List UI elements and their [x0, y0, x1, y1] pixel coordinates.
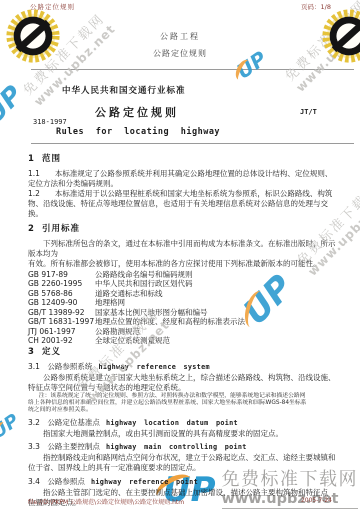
standard-name: 公路路线命名编号和编码规则 — [95, 270, 193, 279]
definition-term: 公路参照系统 — [47, 362, 92, 371]
standard-code: GB/T 16831-1997 — [28, 317, 95, 326]
definition-term: 公路参照点 — [47, 477, 85, 486]
definition-3-3-heading: 3.3 公路主要控制点highway main controlling poin… — [28, 442, 336, 453]
standard-code: GB 12409-90 — [28, 298, 95, 307]
referenced-standards-list: GB 917-89公路路线命名编号和编码规则 GB 2260-1995中华人民共… — [28, 270, 336, 345]
standard-name: 中华人民共和国行政区划代码 — [95, 279, 193, 288]
referenced-standard: GB 12409-90地理格网 — [28, 298, 336, 307]
standard-code: GB/T 13989-92 — [28, 308, 95, 317]
standard-name: 公路勘测规范 — [95, 327, 140, 336]
note-line: 统之间的对应参照关系。 — [28, 407, 336, 414]
definition-3-2-heading: 3.2 公路定位基准点highway location datum point — [28, 418, 336, 429]
paragraph-line: 版本均为 — [28, 249, 336, 259]
section-1-heading: 1范围 — [28, 155, 336, 165]
standard-code-prefix: JT/T — [300, 108, 317, 116]
paragraph-line: 换。 — [28, 209, 336, 219]
paragraph-line: 公路参照系统是建立于国家大地坐标系统之上，综合描述公路路线、构筑物、沿线设施、 — [28, 373, 336, 383]
standard-code: CH 2001-92 — [28, 336, 95, 345]
definition-number: 3.1 — [28, 362, 40, 371]
standard-name: 国家基本比例尺地形图分幅和编号 — [95, 308, 208, 317]
file-path-label: file://D:\PKPM 公路规范\公路定位规则\公路定位规则.htm — [28, 497, 184, 506]
paragraph-line: 位于省、国界线上的具有一定准确度要求的固定点。 — [28, 463, 336, 473]
paragraph-line: 下列标准所包含的条文，通过在本标准中引用而构成为本标准条文。在标准出版时，所示 — [28, 239, 336, 249]
standard-name: 道路交通标志和标线 — [95, 289, 163, 298]
section-number: 1 — [28, 155, 42, 165]
definition-term-en: highway reference system — [98, 363, 209, 371]
definition-term: 公路定位基准点 — [47, 418, 100, 427]
definition-term-en: highway main controlling point — [106, 443, 247, 451]
standard-code: JTJ 061-1997 — [28, 327, 95, 336]
referenced-standard: JTJ 061-1997公路勘测规范 — [28, 327, 336, 336]
section-title: 引用标准 — [42, 224, 80, 234]
referenced-standard: GB/T 16831-1997地理点位置的纬度、经度和高程的标准表示法 — [28, 317, 336, 326]
definition-3-4-heading: 3.4 公路参照点highway reference point — [28, 477, 336, 488]
paragraph-line: 1.2 本标准适用于以公路里程桩系统和国家大地坐标系统为参照系，标识公路路线、构… — [28, 189, 336, 199]
standard-title-cn: 公路定位规则 — [95, 104, 179, 120]
referenced-standard: GB/T 13989-92国家基本比例尺地形图分幅和编号 — [28, 308, 336, 317]
definition-number: 3.4 — [28, 477, 40, 486]
standard-title-en: Rules for locating highway — [56, 127, 220, 137]
referenced-standard: GB 2260-1995中华人民共和国行政区划代码 — [28, 279, 336, 288]
standard-code-number: 318-1997 — [33, 118, 67, 126]
anti-copy-stamp-icon — [4, 7, 62, 65]
definition-3-1-heading: 3.1 公路参照系统highway reference system — [28, 362, 336, 373]
definition-number: 3.3 — [28, 442, 40, 451]
section-title: 范围 — [42, 154, 61, 164]
paragraph-line: 指国家大地测量控制点，或由其引测而设置的具有高精度要求的固定点。 — [28, 429, 336, 439]
definition-term: 公路主要控制点 — [47, 442, 100, 451]
document-body: 1范围 1.1 本标准规定了公路参照系统并利用其确定公路地理位置的总体设计结构、… — [28, 155, 336, 508]
logo-swoosh-icon — [0, 420, 9, 443]
definition-term-en: highway location datum point — [106, 419, 238, 427]
standard-name: 地理点位置的纬度、经度和高程的标准表示法 — [95, 317, 245, 326]
section-title: 定义 — [42, 347, 61, 357]
referenced-standard: CH 2001-92全球定位系统测量规范 — [28, 336, 336, 345]
paragraph-line: 物、沿线设施、特征点等地理位置信息，也适用于有关地理信息系统对公路信息的处理与交 — [28, 199, 336, 209]
paragraph-line: 特征点等空间位置与专题状态的地理定位系统。 — [28, 383, 336, 393]
note-line: 络上各种信息的相对准确空间位置，并建立起公路沿线里程桩系统、国家大地坐标系统和国… — [28, 400, 336, 407]
standard-code: GB 2260-1995 — [28, 279, 95, 288]
standard-name: 地理格网 — [95, 298, 125, 307]
section-2-heading: 2引用标准 — [28, 225, 336, 235]
logo-swoosh-icon — [0, 96, 6, 128]
paragraph-line: 定位方法和分类编码规则。 — [28, 179, 336, 189]
definition-number: 3.2 — [28, 418, 40, 427]
document-page: 公路定位规则 页码：1/8 公路工程 公路定位规则 中华人民共和国交通行业标准 … — [0, 0, 360, 509]
definition-term-en: highway reference point — [91, 478, 198, 486]
referenced-standard: GB 5768-86道路交通标志和标线 — [28, 289, 336, 298]
paragraph-line: 1.1 本标准规定了公路参照系统并利用其确定公路地理位置的总体设计结构、定位规则… — [28, 169, 336, 179]
up-logo-icon: UP — [0, 82, 27, 129]
standard-class-line: 中华人民共和国交通行业标准 — [62, 84, 186, 96]
standard-code: GB 917-89 — [28, 270, 95, 279]
standard-name: 全球定位系统测量规范 — [95, 336, 170, 345]
date-label: 2005-7-24 — [301, 497, 332, 504]
section-number: 3 — [28, 348, 42, 358]
note-line: 注：该系统规定了统一的定位规则、参照方法、对照转换办法和数学模型，能够系统地记录… — [28, 393, 336, 400]
up-logo-icon: UP — [0, 412, 22, 443]
divider — [31, 143, 354, 144]
divider — [31, 69, 354, 70]
section-3-heading: 3定义 — [28, 348, 336, 358]
section-number: 2 — [28, 225, 42, 235]
anti-copy-stamp-icon — [320, 7, 360, 65]
standard-code: GB 5768-86 — [28, 289, 95, 298]
paragraph-line: 指控制路线走向和路网结点空间分布状况，建立于公路起讫点、交汇点、途经主要城镇和 — [28, 453, 336, 463]
paragraph-line: 有效。所有标准都会被修订，使用本标准的各方应探讨使用下列标准最新版本的可能性。 — [28, 259, 336, 269]
